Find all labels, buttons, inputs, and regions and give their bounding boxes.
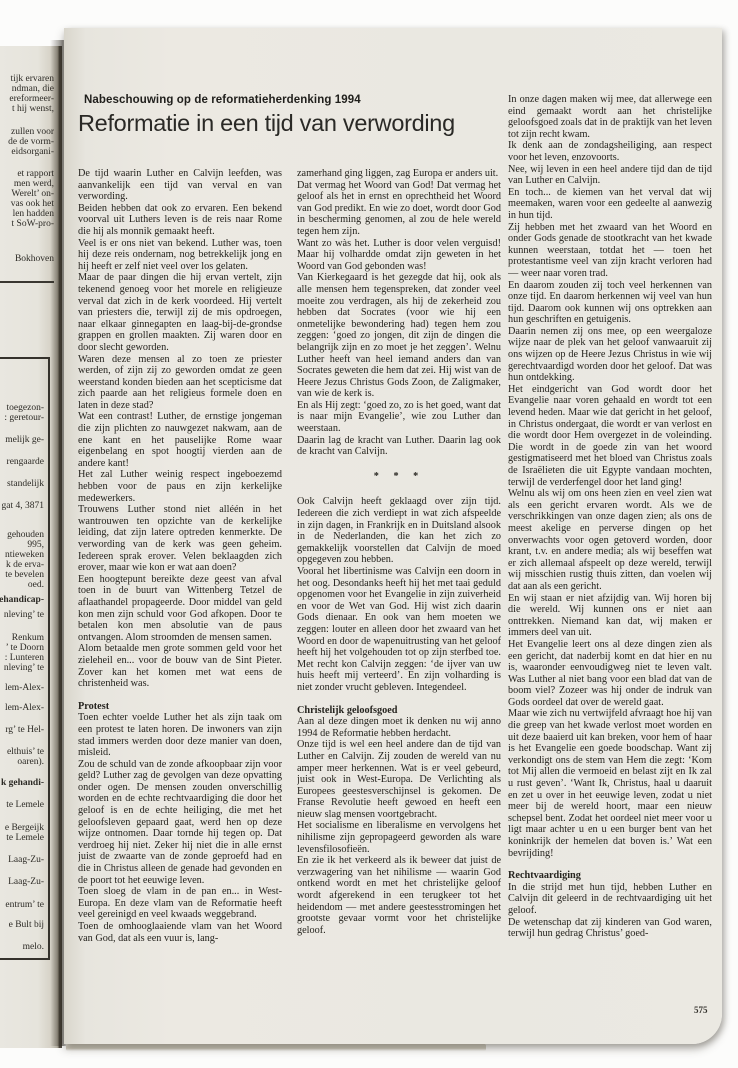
paragraph: Vooral het libertinisme was Calvijn een …: [297, 566, 501, 694]
cropped-text-fragment: oaren).: [0, 757, 44, 767]
cropped-text-fragment: toegezon-: [0, 403, 44, 413]
cropped-text-fragment: k gehandi-: [0, 778, 44, 788]
cropped-text-fragment: men werd,: [0, 179, 54, 189]
cropped-text-fragment: Werelt’ on-: [0, 189, 54, 199]
paragraph: En als Hij zegt: ‘goed zo, zo is het goe…: [297, 400, 501, 435]
cropped-text-fragment: te Lemele: [0, 833, 44, 843]
cropped-text-fragment: ehandicap-: [0, 595, 44, 605]
subheading: Rechtvaardiging: [508, 870, 712, 882]
prev-page-fragments-top: tijk ervarenndman, dieereformeer-t hij w…: [0, 74, 54, 264]
paragraph: Daarin lag de kracht van Luther. Daarin …: [297, 435, 501, 458]
paragraph: En zie ik het verkeerd als ik beweer dat…: [297, 855, 501, 936]
cropped-text-fragment: entrum’ te: [0, 900, 44, 910]
cropped-text-fragment: eidsorgani-: [0, 147, 54, 157]
subheading: Christelijk geloofsgoed: [297, 705, 501, 717]
cropped-text-fragment: rengaarde: [0, 457, 44, 467]
cropped-text-fragment: e Bergeijk: [0, 823, 44, 833]
cropped-text-fragment: : Lunteren: [0, 653, 44, 663]
scan-background: { "document": { "kicker": "Nabeschouwing…: [0, 0, 738, 1068]
cropped-text-fragment: k de erva-: [0, 560, 44, 570]
cropped-text-fragment: 995,: [0, 540, 44, 550]
cropped-text-fragment: te Lemele: [0, 800, 44, 810]
cropped-text-fragment: te bevelen: [0, 570, 44, 580]
page-number: 575: [694, 1005, 708, 1015]
cropped-text-fragment: lem-Alex-: [0, 703, 44, 713]
paragraph: Beiden hebben dat ook zo ervaren. Een be…: [78, 203, 282, 238]
cropped-text-fragment: ndman, die: [0, 84, 54, 94]
paragraph: Zou de schuld van de zonde afkoopbaar zi…: [78, 759, 282, 887]
cropped-text-fragment: t SoW-pro-: [0, 219, 54, 229]
paragraph: Van Kierkegaard is het gezegde dat hij, …: [297, 272, 501, 400]
paragraph: Dat vermag het Woord van God! Dat vermag…: [297, 180, 501, 238]
paragraph: Zij hebben met het zwaard van het Woord …: [508, 222, 712, 280]
cropped-text-fragment: : geretour-: [0, 413, 44, 423]
cropped-text-fragment: et rapport: [0, 169, 54, 179]
paragraph: Waren deze mensen al zo toen ze priester…: [78, 354, 282, 412]
paragraph: En daarom zouden zij toch veel herkennen…: [508, 280, 712, 326]
paragraph: Ook Calvijn heeft geklaagd over zijn tij…: [297, 496, 501, 566]
paragraph: Toen de omhooglaaiende vlam van het Woor…: [78, 921, 282, 944]
paragraph: Toen echter voelde Luther het als zijn t…: [78, 712, 282, 758]
paragraph: Maar de paar dingen die hij ervan vertel…: [78, 272, 282, 353]
paragraph: Het eindgericht van God wordt door het E…: [508, 384, 712, 488]
paragraph: Veel is er ons niet van bekend. Luther w…: [78, 238, 282, 273]
cropped-text-fragment: Renkum: [0, 633, 44, 643]
paragraph: Wat een contrast! Luther, de ernstige jo…: [78, 411, 282, 469]
paragraph: Daarin nemen zij ons mee, op een weergal…: [508, 326, 712, 384]
prev-page-rule: [0, 281, 54, 283]
cropped-text-fragment: ereformeer-: [0, 94, 54, 104]
cropped-text-fragment: oed.: [0, 580, 44, 590]
paragraph: Aan al deze dingen moet ik denken nu wij…: [297, 716, 501, 739]
paragraph: Trouwens Luther stond niet alléén in het…: [78, 504, 282, 574]
paragraph: Ik denk aan de zondagsheiliging, aan res…: [508, 140, 712, 163]
cropped-text-fragment: e Bult bij: [0, 920, 44, 930]
paragraph: En toch... de kiemen van het verval dat …: [508, 187, 712, 222]
subheading: Protest: [78, 701, 282, 713]
cropped-text-fragment: zullen voor: [0, 127, 54, 137]
paragraph: In onze dagen maken wij mee, dat allerwe…: [508, 94, 712, 140]
cropped-text-fragment: t hij wenst,: [0, 104, 54, 114]
cropped-text-fragment: gat 4, 3871: [0, 501, 44, 511]
paragraph: De wetenschap dat zij kinderen van God w…: [508, 917, 712, 940]
cropped-text-fragment: ntieweken: [0, 550, 44, 560]
prev-page-boxed-list: toegezon-: geretour-melijk ge-rengaardes…: [0, 357, 50, 960]
article-column-2: zamerhand ging liggen, zag Europa er and…: [297, 168, 501, 1020]
magazine-page: Nabeschouwing op de reformatieherdenking…: [64, 28, 722, 1044]
paragraph: Welnu als wij om ons heen zien en veel z…: [508, 488, 712, 592]
cropped-text-fragment: Laag-Zu-: [0, 855, 44, 865]
cropped-text-fragment: elthuis’ te: [0, 747, 44, 757]
cropped-text-fragment: nleving’ te: [0, 663, 44, 673]
paragraph: Het zal Luther weinig respect ingeboezem…: [78, 469, 282, 504]
article-column-1: De tijd waarin Luther en Calvijn leefden…: [78, 168, 282, 1016]
cropped-text-fragment: standelijk: [0, 479, 44, 489]
cropped-text-fragment: vas ook het: [0, 199, 54, 209]
cropped-text-fragment: Laag-Zu-: [0, 877, 44, 887]
cropped-text-fragment: Bokhoven: [0, 254, 54, 264]
paragraph: Een hoogtepunt bereikte deze geest van a…: [78, 574, 282, 644]
paragraph: Het socialisme en liberalisme en vervolg…: [297, 820, 501, 855]
cropped-text-fragment: gehouden: [0, 530, 44, 540]
paragraph: Onze tijd is wel een heel andere dan de …: [297, 739, 501, 820]
paragraph: En wij staan er niet afzijdig van. Wij h…: [508, 593, 712, 639]
paragraph: Alom betaalde men grote sommen geld voor…: [78, 643, 282, 689]
cropped-text-fragment: melijk ge-: [0, 435, 44, 445]
cropped-text-fragment: rg’ te Hel-: [0, 725, 44, 735]
cropped-text-fragment: tijk ervaren: [0, 74, 54, 84]
pages-underneath-edge: [66, 1044, 486, 1051]
article-column-3: In onze dagen maken wij mee, dat allerwe…: [508, 94, 712, 1026]
article-kicker: Nabeschouwing op de reformatieherdenking…: [84, 94, 361, 106]
previous-page-edge: tijk ervarenndman, dieereformeer-t hij w…: [0, 46, 62, 1048]
paragraph: Nee, wij leven in een heel andere tijd d…: [508, 164, 712, 187]
paragraph: Want zo wàs het. Luther is door velen ve…: [297, 238, 501, 273]
cropped-text-fragment: lem-Alex-: [0, 683, 44, 693]
cropped-text-fragment: len hadden: [0, 209, 54, 219]
paragraph: Het Evangelie leert ons al deze dingen z…: [508, 639, 712, 709]
cropped-text-fragment: melo.: [0, 942, 44, 952]
cropped-text-fragment: ’ te Doorn: [0, 643, 44, 653]
paragraph: De tijd waarin Luther en Calvijn leefden…: [78, 168, 282, 203]
cropped-text-fragment: nleving’ te: [0, 610, 44, 620]
section-separator: * * *: [297, 471, 501, 483]
cropped-text-fragment: de de vorm-: [0, 137, 54, 147]
paragraph: Maar wie zich nu vertwijfeld afvraagt ho…: [508, 708, 712, 859]
paragraph: Toen sloeg de vlam in de pan en... in We…: [78, 886, 282, 921]
paragraph: In die strijd met hun tijd, hebben Luthe…: [508, 882, 712, 917]
article-title: Reformatie in een tijd van verwording: [78, 110, 455, 137]
paragraph: zamerhand ging liggen, zag Europa er and…: [297, 168, 501, 180]
